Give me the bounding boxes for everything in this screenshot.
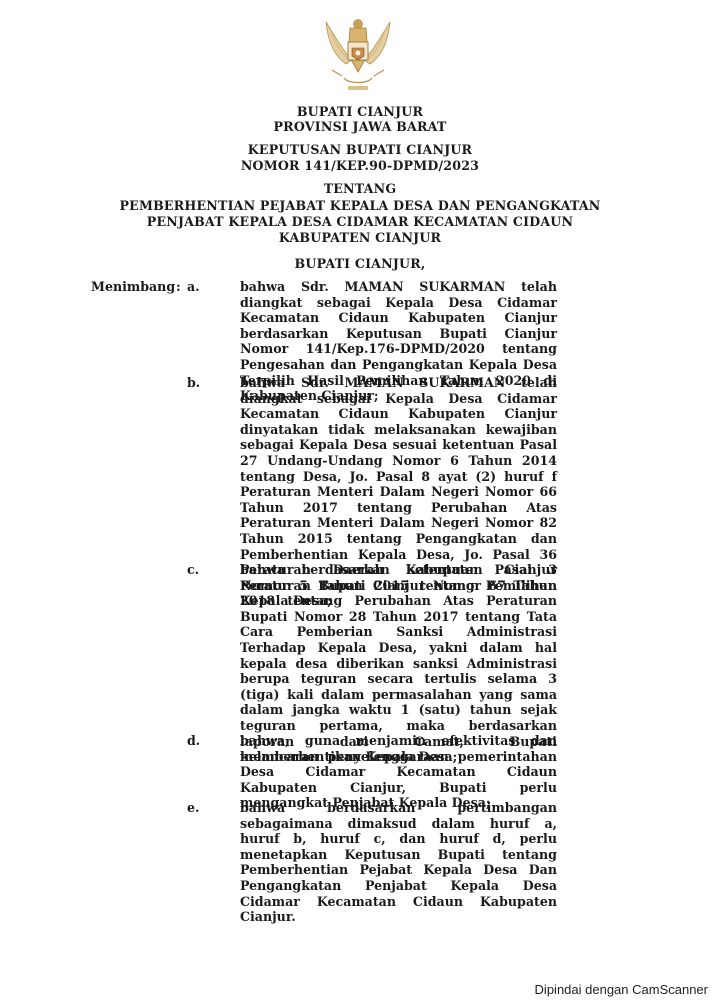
item-letter: a. [187,279,200,295]
garuda-emblem-icon [318,12,398,100]
item-letter: d. [187,733,200,749]
authority-line: BUPATI CIANJUR, [0,256,720,271]
item-letter: e. [187,800,199,816]
decree-number: NOMOR 141/KEP.90-DPMD/2023 [0,158,720,173]
item-letter: c. [187,562,199,578]
item-letter: b. [187,375,200,391]
item-text: bahwa berdasarkan pertimbangan sebagaima… [240,800,557,925]
header-regent: BUPATI CIANJUR [0,104,720,119]
decree-subject-line-3: KABUPATEN CIANJUR [0,230,720,245]
decree-about-label: TENTANG [0,181,720,196]
consideration-item: e. bahwa berdasarkan pertimbangan sebaga… [187,800,557,925]
header-province: PROVINSI JAWA BARAT [0,119,720,134]
decree-subject-line-1: PEMBERHENTIAN PEJABAT KEPALA DESA DAN PE… [0,198,720,213]
menimbang-label: Menimbang [91,279,175,294]
scanner-watermark: Dipindai dengan CamScanner [535,982,708,997]
menimbang-colon: : [176,279,181,294]
decree-title: KEPUTUSAN BUPATI CIANJUR [0,142,720,157]
decree-subject-line-2: PENJABAT KEPALA DESA CIDAMAR KECAMATAN C… [0,214,720,229]
